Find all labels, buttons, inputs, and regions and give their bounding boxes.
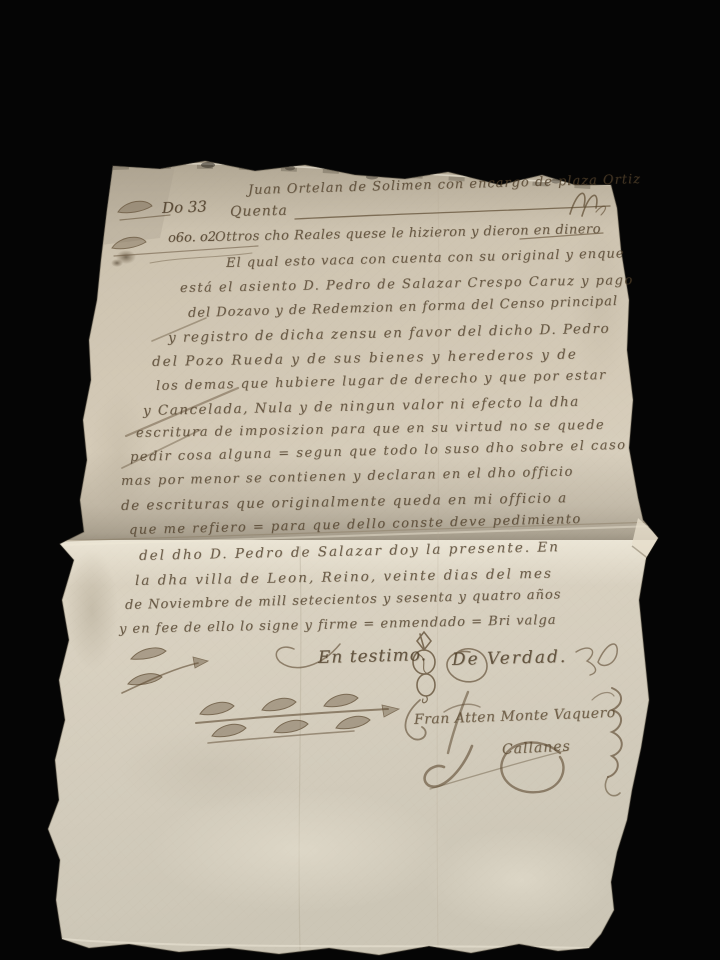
fold-highlight-band (40, 540, 680, 586)
paper-shading (40, 160, 680, 960)
manuscript-paper (0, 0, 720, 960)
photo-of-manuscript: Juan Ortelan de Solimen con encargo de p… (0, 0, 720, 960)
